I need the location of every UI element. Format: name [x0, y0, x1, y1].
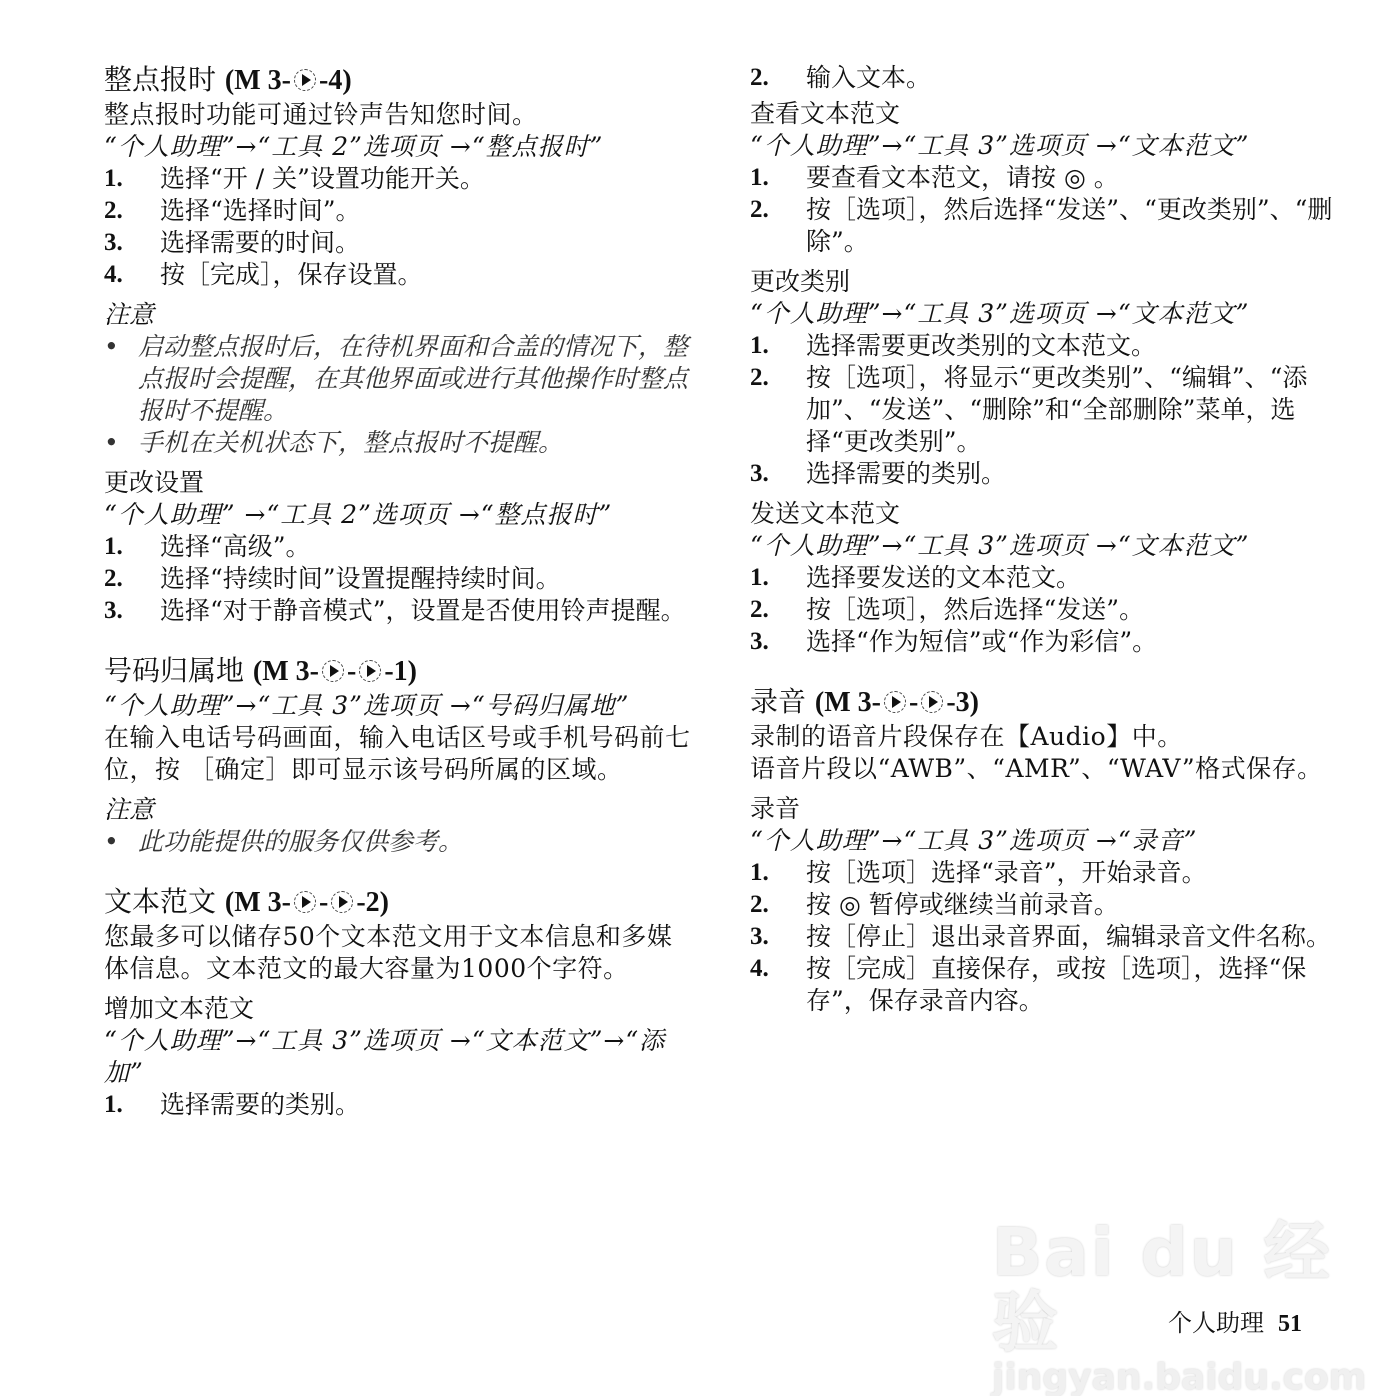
step-text: 输入文本。	[806, 62, 1340, 94]
menu-code: (M 3--4)	[225, 65, 352, 96]
menu-path: “个人助理”→“工具 3”选项页 →“文本范文”→“添加”	[104, 1025, 694, 1089]
section-title-text: 文本范文	[104, 885, 216, 918]
steps-list-continued: 2.输入文本。	[750, 62, 1340, 94]
menu-code-sep: -	[347, 656, 356, 687]
step-text: 按 ◎ 暂停或继续当前录音。	[806, 889, 1340, 921]
section-title-text: 号码归属地	[104, 654, 244, 687]
menu-code: (M 3---1)	[253, 656, 417, 687]
step-number: 1.	[104, 531, 160, 563]
menu-path: “个人助理”→“工具 3”选项页 →“文本范文”	[750, 298, 1340, 330]
step-text: 按［停止］退出录音界面，编辑录音文件名称。	[806, 921, 1340, 953]
subsection-title: 增加文本范文	[104, 993, 694, 1025]
menu-code-prefix: (M 3-	[253, 656, 319, 687]
bullet-icon: •	[104, 331, 138, 427]
step-text: 按［完成］，保存设置。	[160, 259, 694, 291]
step-item: 2.按 ◎ 暂停或继续当前录音。	[750, 889, 1340, 921]
step-number: 1.	[750, 330, 806, 362]
section-title-text: 录音	[750, 685, 806, 718]
menu-code-prefix: (M 3-	[225, 65, 291, 96]
step-number: 3.	[750, 458, 806, 490]
section-description: 语音片段以“AWB”、“AMR”、“WAV”格式保存。	[750, 753, 1340, 785]
nav-right-icon	[322, 660, 344, 682]
steps-list: 1.选择要发送的文本范文。 2.按［选项］，然后选择“发送”。 3.选择“作为短…	[750, 562, 1340, 658]
step-item: 3.按［停止］退出录音界面，编辑录音文件名称。	[750, 921, 1340, 953]
menu-path: “个人助理”→“工具 3”选项页 →“录音”	[750, 825, 1340, 857]
step-number: 2.	[104, 563, 160, 595]
step-item: 1.按［选项］选择“录音”，开始录音。	[750, 857, 1340, 889]
step-text: 选择“高级”。	[160, 531, 694, 563]
subsection-title: 发送文本范文	[750, 498, 1340, 530]
step-number: 3.	[104, 227, 160, 259]
step-item: 3.选择需要的类别。	[750, 458, 1340, 490]
menu-code-suffix: -2)	[356, 887, 389, 918]
steps-list: 1.选择“高级”。 2.选择“持续时间”设置提醒持续时间。 3.选择“对于静音模…	[104, 531, 694, 627]
step-item: 1.要查看文本范文，请按 ◎ 。	[750, 162, 1340, 194]
note-item: •此功能提供的服务仅供参考。	[104, 826, 694, 858]
nav-right-icon	[884, 691, 906, 713]
step-number: 2.	[750, 889, 806, 921]
menu-code-suffix: -1)	[384, 656, 417, 687]
step-text: 选择“开 / 关”设置功能开关。	[160, 163, 694, 195]
menu-code-suffix: -3)	[946, 687, 979, 718]
note-text: 手机在关机状态下，整点报时不提醒。	[138, 427, 694, 459]
section-description: 您最多可以储存50个文本范文用于文本信息和多媒体信息。文本范文的最大容量为100…	[104, 921, 694, 985]
step-item: 3.选择“对于静音模式”，设置是否使用铃声提醒。	[104, 595, 694, 627]
notes-list: •此功能提供的服务仅供参考。	[104, 826, 694, 858]
nav-right-icon	[359, 660, 381, 682]
menu-path: “个人助理”→“工具 3”选项页 →“号码归属地”	[104, 690, 694, 722]
step-number: 2.	[104, 195, 160, 227]
step-text: 选择“作为短信”或“作为彩信”。	[806, 626, 1340, 658]
left-column: 整点报时 (M 3--4) 整点报时功能可通过铃声告知您时间。 “个人助理”→“…	[104, 62, 694, 1121]
section-title-number-location: 号码归属地 (M 3---1)	[104, 653, 694, 690]
steps-list: 1.要查看文本范文，请按 ◎ 。 2.按［选项］，然后选择“发送”、“更改类别”…	[750, 162, 1340, 258]
note-label: 注意	[104, 794, 694, 826]
section-description: 录制的语音片段保存在【Audio】中。	[750, 721, 1340, 753]
menu-code-sep: -	[909, 687, 918, 718]
step-text: 按［选项］选择“录音”，开始录音。	[806, 857, 1340, 889]
step-item: 2.按［选项］，然后选择“发送”。	[750, 594, 1340, 626]
step-item: 2.按［选项］，然后选择“发送”、“更改类别”、“删除”。	[750, 194, 1340, 258]
step-item: 1.选择需要更改类别的文本范文。	[750, 330, 1340, 362]
step-number: 2.	[750, 362, 806, 458]
nav-right-icon	[921, 691, 943, 713]
menu-path: “个人助理”→“工具 3”选项页 →“文本范文”	[750, 530, 1340, 562]
section-title-hourly-chime: 整点报时 (M 3--4)	[104, 62, 694, 99]
step-item: 2.选择“持续时间”设置提醒持续时间。	[104, 563, 694, 595]
step-number: 4.	[104, 259, 160, 291]
step-number: 2.	[750, 594, 806, 626]
menu-code: (M 3---2)	[225, 887, 389, 918]
section-description: 整点报时功能可通过铃声告知您时间。	[104, 99, 694, 131]
step-item: 1.选择需要的类别。	[104, 1089, 694, 1121]
note-label: 注意	[104, 299, 694, 331]
step-text: 按［完成］直接保存，或按［选项］，选择“保存”，保存录音内容。	[806, 953, 1340, 1017]
step-item: 2.按［选项］，将显示“更改类别”、“编辑”、“添加”、“发送”、“删除”和“全…	[750, 362, 1340, 458]
steps-list: 1.选择需要的类别。	[104, 1089, 694, 1121]
step-text: 选择需要的类别。	[806, 458, 1340, 490]
step-number: 1.	[750, 162, 806, 194]
steps-list: 1.按［选项］选择“录音”，开始录音。 2.按 ◎ 暂停或继续当前录音。 3.按…	[750, 857, 1340, 1017]
step-item: 4.按［完成］，保存设置。	[104, 259, 694, 291]
step-text: 选择“持续时间”设置提醒持续时间。	[160, 563, 694, 595]
steps-list: 1.选择“开 / 关”设置功能开关。 2.选择“选择时间”。 3.选择需要的时间…	[104, 163, 694, 291]
step-text: 选择要发送的文本范文。	[806, 562, 1340, 594]
section-title-text: 整点报时	[104, 63, 216, 96]
subsection-title: 更改类别	[750, 266, 1340, 298]
step-item: 2.输入文本。	[750, 62, 1340, 94]
menu-path: “个人助理” →“工具 2”选项页 →“整点报时”	[104, 499, 694, 531]
nav-right-icon	[331, 891, 353, 913]
bullet-icon: •	[104, 826, 138, 858]
step-number: 1.	[104, 1089, 160, 1121]
nav-right-icon	[294, 69, 316, 91]
step-item: 1.选择“高级”。	[104, 531, 694, 563]
step-item: 1.选择要发送的文本范文。	[750, 562, 1340, 594]
step-text: 按［选项］，将显示“更改类别”、“编辑”、“添加”、“发送”、“删除”和“全部删…	[806, 362, 1340, 458]
step-item: 1.选择“开 / 关”设置功能开关。	[104, 163, 694, 195]
menu-code-suffix: -4)	[319, 65, 352, 96]
step-number: 3.	[750, 626, 806, 658]
note-item: •手机在关机状态下，整点报时不提醒。	[104, 427, 694, 459]
notes-list: •启动整点报时后，在待机界面和合盖的情况下，整点报时会提醒，在其他界面或进行其他…	[104, 331, 694, 459]
subsection-title: 更改设置	[104, 467, 694, 499]
step-text: 选择“选择时间”。	[160, 195, 694, 227]
menu-code-sep: -	[319, 887, 328, 918]
section-description: 在输入电话号码画面，输入电话区号或手机号码前七位，按 ［确定］即可显示该号码所属…	[104, 722, 694, 786]
step-number: 3.	[750, 921, 806, 953]
steps-list: 1.选择需要更改类别的文本范文。 2.按［选项］，将显示“更改类别”、“编辑”、…	[750, 330, 1340, 490]
step-item: 3.选择需要的时间。	[104, 227, 694, 259]
step-number: 1.	[104, 163, 160, 195]
watermark-url: jingyan.baidu.com	[992, 1358, 1396, 1396]
section-title-recording: 录音 (M 3---3)	[750, 684, 1340, 721]
footer-section-name: 个人助理	[1168, 1309, 1264, 1337]
step-item: 2.选择“选择时间”。	[104, 195, 694, 227]
bullet-icon: •	[104, 427, 138, 459]
menu-code: (M 3---3)	[815, 687, 979, 718]
step-text: 按［选项］，然后选择“发送”、“更改类别”、“删除”。	[806, 194, 1340, 258]
nav-right-icon	[294, 891, 316, 913]
menu-code-prefix: (M 3-	[815, 687, 881, 718]
step-text: 选择“对于静音模式”，设置是否使用铃声提醒。	[160, 595, 694, 627]
step-text: 按［选项］，然后选择“发送”。	[806, 594, 1340, 626]
menu-code-prefix: (M 3-	[225, 887, 291, 918]
page-footer: 个人助理51	[1168, 1303, 1302, 1338]
subsection-title: 录音	[750, 793, 1340, 825]
step-item: 3.选择“作为短信”或“作为彩信”。	[750, 626, 1340, 658]
step-text: 选择需要的时间。	[160, 227, 694, 259]
step-text: 选择需要的类别。	[160, 1089, 694, 1121]
note-item: •启动整点报时后，在待机界面和合盖的情况下，整点报时会提醒，在其他界面或进行其他…	[104, 331, 694, 427]
subsection-title: 查看文本范文	[750, 98, 1340, 130]
page-number: 51	[1278, 1311, 1302, 1337]
step-number: 1.	[750, 562, 806, 594]
note-text: 启动整点报时后，在待机界面和合盖的情况下，整点报时会提醒，在其他界面或进行其他操…	[138, 331, 694, 427]
step-item: 4.按［完成］直接保存，或按［选项］，选择“保存”，保存录音内容。	[750, 953, 1340, 1017]
menu-path: “个人助理”→“工具 3”选项页 →“文本范文”	[750, 130, 1340, 162]
step-text: 要查看文本范文，请按 ◎ 。	[806, 162, 1340, 194]
step-number: 4.	[750, 953, 806, 1017]
right-column: 2.输入文本。 查看文本范文 “个人助理”→“工具 3”选项页 →“文本范文” …	[750, 62, 1340, 1017]
step-number: 2.	[750, 194, 806, 258]
step-number: 1.	[750, 857, 806, 889]
section-title-text-templates: 文本范文 (M 3---2)	[104, 884, 694, 921]
step-number: 2.	[750, 62, 806, 94]
step-text: 选择需要更改类别的文本范文。	[806, 330, 1340, 362]
menu-path: “个人助理”→“工具 2”选项页 →“整点报时”	[104, 131, 694, 163]
note-text: 此功能提供的服务仅供参考。	[138, 826, 694, 858]
step-number: 3.	[104, 595, 160, 627]
